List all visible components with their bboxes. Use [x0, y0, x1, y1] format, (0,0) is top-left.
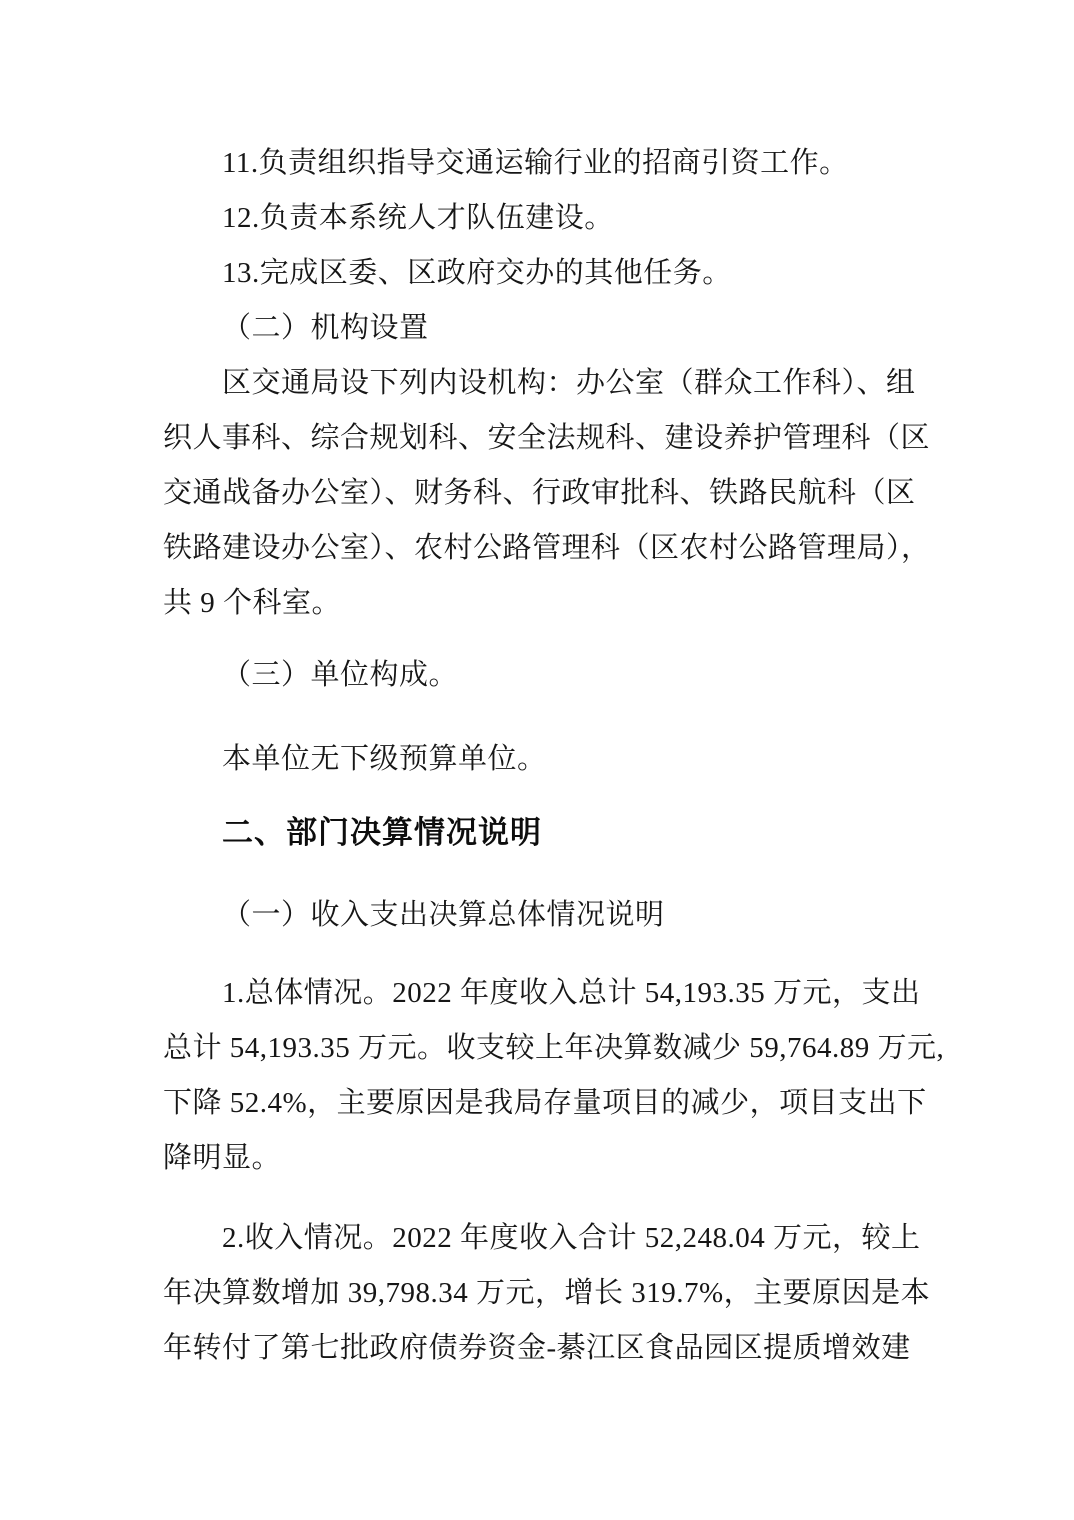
overview-paragraph-line: 降明显。: [163, 1131, 911, 1186]
income-paragraph-line: 2.收入情况。2022 年度收入合计 52,248.04 万元，较上: [163, 1211, 911, 1266]
subsection-heading-unit-composition: （三）单位构成。: [163, 648, 911, 703]
document-content: 11.负责组织指导交通运输行业的招商引资工作。 12.负责本系统人才队伍建设。 …: [0, 0, 911, 1376]
duty-item-12: 12.负责本系统人才队伍建设。: [163, 191, 911, 246]
org-structure-line: 织人事科、综合规划科、安全法规科、建设养护管理科（区: [163, 411, 911, 466]
org-structure-line: 区交通局设下列内设机构：办公室（群众工作科）、组: [163, 356, 911, 411]
unit-composition-text: 本单位无下级预算单位。: [163, 732, 911, 787]
section-heading-final-accounts: 二、部门决算情况说明: [163, 805, 911, 860]
overview-paragraph-line: 总计 54,193.35 万元。收支较上年决算数减少 59,764.89 万元,: [163, 1021, 911, 1076]
subsection-heading-org-structure: （二）机构设置: [163, 301, 911, 356]
overview-paragraph-line: 下降 52.4%，主要原因是我局存量项目的减少，项目支出下: [163, 1076, 911, 1131]
income-paragraph-line: 年转付了第七批政府债券资金-綦江区食品园区提质增效建: [163, 1321, 911, 1376]
document-page: 11.负责组织指导交通运输行业的招商引资工作。 12.负责本系统人才队伍建设。 …: [0, 0, 1074, 1520]
duty-item-13: 13.完成区委、区政府交办的其他任务。: [163, 246, 911, 301]
income-paragraph-line: 年决算数增加 39,798.34 万元，增长 319.7%，主要原因是本: [163, 1266, 911, 1321]
duty-item-11: 11.负责组织指导交通运输行业的招商引资工作。: [163, 136, 911, 191]
subsection-heading-income-expenditure-overview: （一）收入支出决算总体情况说明: [163, 888, 911, 943]
org-structure-line: 交通战备办公室）、财务科、行政审批科、铁路民航科（区: [163, 466, 911, 521]
org-structure-line: 共 9 个科室。: [163, 576, 911, 631]
overview-paragraph-line: 1.总体情况。2022 年度收入总计 54,193.35 万元，支出: [163, 966, 911, 1021]
org-structure-line: 铁路建设办公室）、农村公路管理科（区农村公路管理局），: [163, 521, 911, 576]
